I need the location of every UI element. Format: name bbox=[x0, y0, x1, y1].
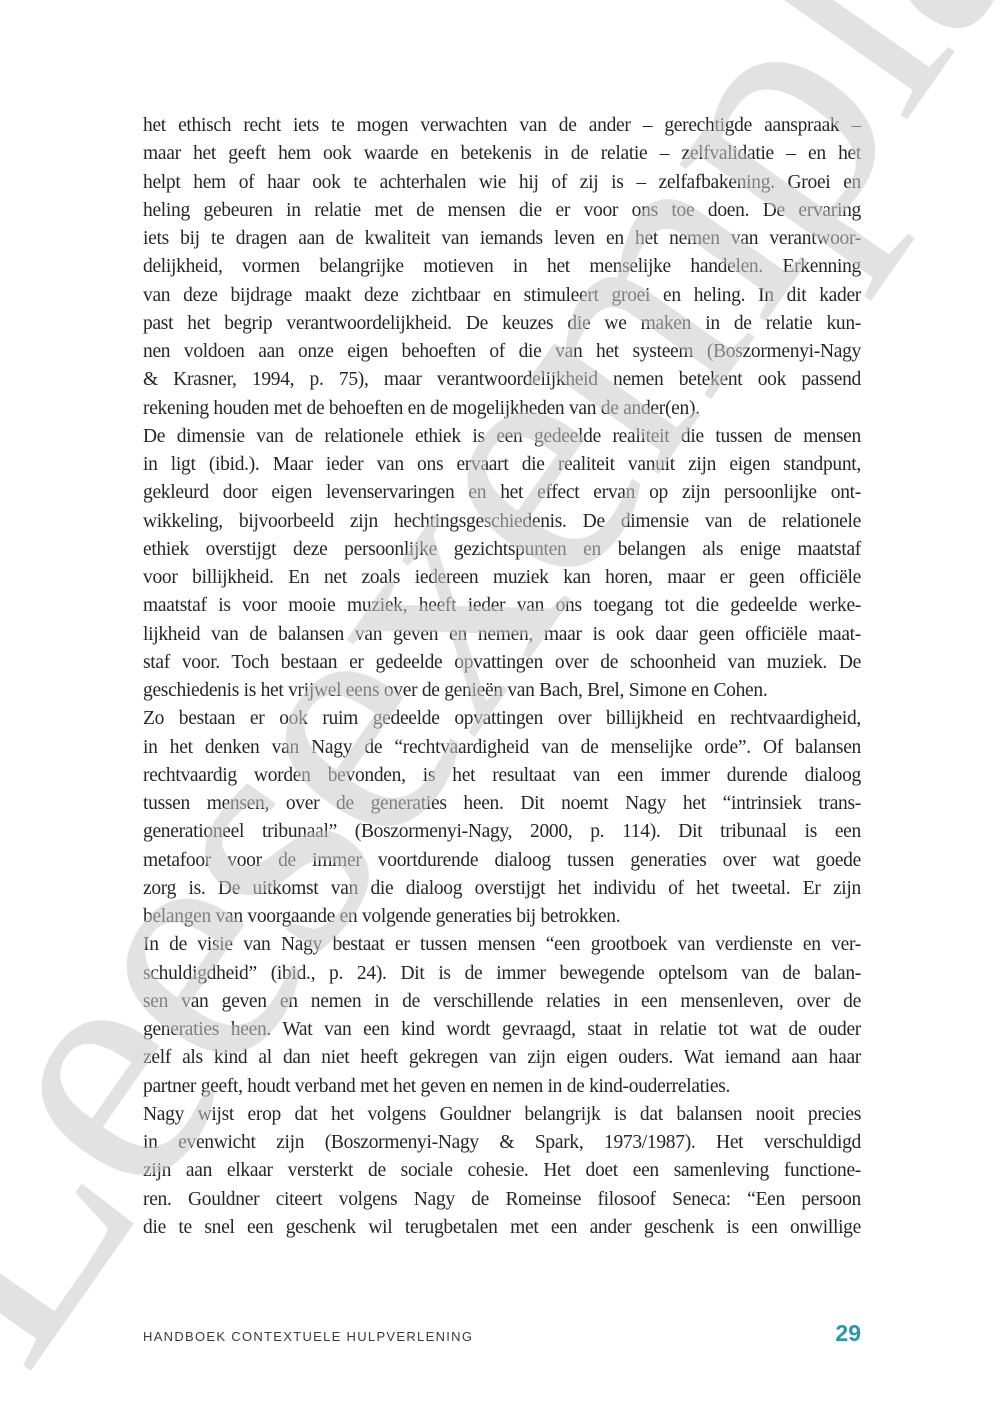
text-line: het ethisch recht iets te mogen verwacht… bbox=[143, 112, 861, 140]
text-line: schuldigdheid” (ibid., p. 24). Dit is de… bbox=[143, 960, 861, 988]
text-line: in ligt (ibid.). Maar ieder van ons erva… bbox=[143, 451, 861, 479]
text-line: staf voor. Toch bestaan er gedeelde opva… bbox=[143, 649, 861, 677]
paragraph: In de visie van Nagy bestaat er tussen m… bbox=[143, 931, 861, 1101]
text-line: In de visie van Nagy bestaat er tussen m… bbox=[143, 931, 861, 959]
running-title: HANDBOEK CONTEXTUELE HULPVERLENING bbox=[143, 1329, 473, 1344]
text-line: maar het geeft hem ook waarde en beteken… bbox=[143, 140, 861, 168]
text-line: voor billijkheid. En net zoals iedereen … bbox=[143, 564, 861, 592]
text-line: in evenwicht zijn (Boszormenyi-Nagy & Sp… bbox=[143, 1129, 861, 1157]
text-line: in het denken van Nagy de “rechtvaardigh… bbox=[143, 734, 861, 762]
text-line: rechtvaardig worden bevonden, is het res… bbox=[143, 762, 861, 790]
paragraph: Nagy wijst erop dat het volgens Gouldner… bbox=[143, 1101, 861, 1242]
text-line: partner geeft, houdt verband met het gev… bbox=[143, 1073, 861, 1101]
page-number: 29 bbox=[835, 1320, 861, 1347]
book-page: het ethisch recht iets te mogen verwacht… bbox=[0, 0, 1000, 1412]
text-line: die te snel een geschenk wil terugbetale… bbox=[143, 1214, 861, 1242]
text-line: past het begrip verantwoordelijkheid. De… bbox=[143, 310, 861, 338]
text-line: wikkeling, bijvoorbeeld zijn hechtingsge… bbox=[143, 508, 861, 536]
paragraph: het ethisch recht iets te mogen verwacht… bbox=[143, 112, 861, 423]
text-line: geschiedenis is het vrijwel eens over de… bbox=[143, 677, 861, 705]
page-footer: HANDBOEK CONTEXTUELE HULPVERLENING 29 bbox=[143, 1320, 861, 1347]
text-line: Zo bestaan er ook ruim gedeelde opvattin… bbox=[143, 705, 861, 733]
text-line: generationeel tribunaal” (Boszormenyi-Na… bbox=[143, 818, 861, 846]
body-text: het ethisch recht iets te mogen verwacht… bbox=[143, 112, 861, 1242]
text-line: iets bij te dragen aan de kwaliteit van … bbox=[143, 225, 861, 253]
text-line: delijkheid, vormen belangrijke motieven … bbox=[143, 253, 861, 281]
text-line: tussen mensen, over de generaties heen. … bbox=[143, 790, 861, 818]
text-line: rekening houden met de behoeften en de m… bbox=[143, 395, 861, 423]
paragraph: De dimensie van de relationele ethiek is… bbox=[143, 423, 861, 706]
text-line: maatstaf is voor mooie muziek, heeft ied… bbox=[143, 592, 861, 620]
paragraph: Zo bestaan er ook ruim gedeelde opvattin… bbox=[143, 705, 861, 931]
text-line: zorg is. De uitkomst van die dialoog ove… bbox=[143, 875, 861, 903]
text-line: helpt hem of haar ook te achterhalen wie… bbox=[143, 169, 861, 197]
text-line: van deze bijdrage maakt deze zichtbaar e… bbox=[143, 282, 861, 310]
text-line: zijn aan elkaar versterkt de sociale coh… bbox=[143, 1157, 861, 1185]
text-line: gekleurd door eigen levenservaringen en … bbox=[143, 479, 861, 507]
text-line: heling gebeuren in relatie met de mensen… bbox=[143, 197, 861, 225]
text-line: metafoor voor de immer voortdurende dial… bbox=[143, 847, 861, 875]
text-line: De dimensie van de relationele ethiek is… bbox=[143, 423, 861, 451]
text-line: sen van geven en nemen in de verschillen… bbox=[143, 988, 861, 1016]
text-line: zelf als kind al dan niet heeft gekregen… bbox=[143, 1044, 861, 1072]
text-line: generaties heen. Wat van een kind wordt … bbox=[143, 1016, 861, 1044]
text-line: Nagy wijst erop dat het volgens Gouldner… bbox=[143, 1101, 861, 1129]
text-line: nen voldoen aan onze eigen behoeften of … bbox=[143, 338, 861, 366]
text-line: ren. Gouldner citeert volgens Nagy de Ro… bbox=[143, 1186, 861, 1214]
text-line: belangen van voorgaande en volgende gene… bbox=[143, 903, 861, 931]
text-line: lijkheid van de balansen van geven en ne… bbox=[143, 621, 861, 649]
text-line: & Krasner, 1994, p. 75), maar verantwoor… bbox=[143, 366, 861, 394]
text-line: ethiek overstijgt deze persoonlijke gezi… bbox=[143, 536, 861, 564]
